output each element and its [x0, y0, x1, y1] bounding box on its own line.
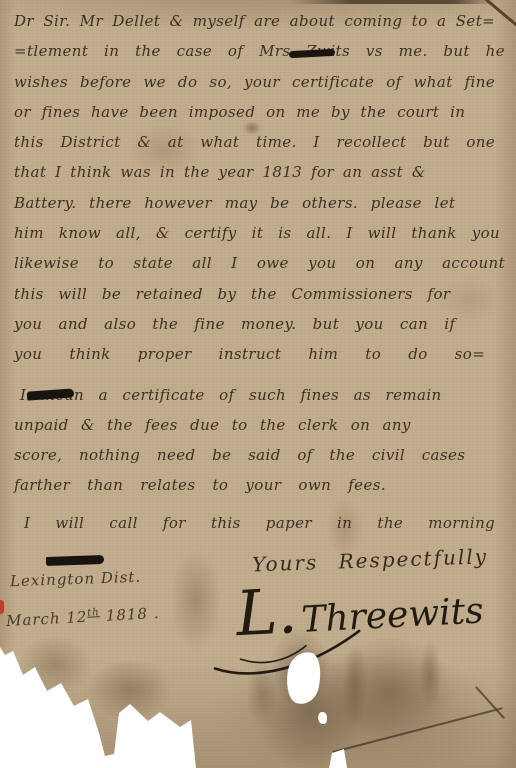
paper-sheet: Dr Sir. Mr Dellet & myself are about com…	[0, 0, 516, 768]
paper-hole	[284, 650, 324, 706]
scanned-letter-page: Dr Sir. Mr Dellet & myself are about com…	[0, 0, 516, 768]
letter-line: unpaid & the fees due to the clerk on an…	[14, 410, 411, 440]
letter-line: this will be retained by the Commissione…	[14, 279, 450, 309]
letter-line: I mean a certificate of such fines as re…	[14, 380, 442, 410]
red-edge-mark	[0, 600, 4, 614]
paper-hole	[318, 712, 327, 724]
letter-line: Dr Sir. Mr Dellet & myself are about com…	[14, 6, 495, 36]
letter-line: or fines have been imposed on me by the …	[14, 97, 465, 127]
letter-line: this District & at what time. I recollec…	[14, 127, 495, 157]
top-edge-shadow	[290, 0, 495, 4]
letter-line: you and also the fine money. but you can…	[14, 309, 455, 339]
signature-name: Threewits	[300, 590, 484, 640]
ink-dash-blot	[46, 555, 104, 566]
letter-line: farther than relates to your own fees.	[14, 470, 386, 500]
date-day: March 12	[6, 608, 88, 630]
letter-line: that I think was in the year 1813 for an…	[14, 157, 426, 187]
date-year: 1818 .	[105, 604, 160, 625]
letter-line: likewise to state all I owe you on any a…	[14, 248, 505, 278]
letter-line: Battery. there however may be others. pl…	[14, 188, 455, 218]
fold-crease-line	[333, 707, 503, 753]
letter-line: you think proper instruct him to do so=	[14, 339, 485, 369]
letter-line: score, nothing need be said of the civil…	[14, 440, 465, 470]
dateline-place: Lexington Dist.	[10, 568, 142, 591]
red-edge-mark	[0, 672, 5, 686]
letter-line: I will call for this paper in the mornin…	[14, 508, 495, 538]
letter-body: Dr Sir. Mr Dellet & myself are about com…	[14, 6, 510, 538]
signature-initial: L.	[234, 574, 299, 650]
letter-line: =tlement in the case of Mrs Zwits vs me.…	[14, 36, 505, 66]
letter-line: wishes before we do so, your certificate…	[14, 67, 495, 97]
signature: L.Threewits	[234, 565, 516, 650]
dateline-date: March 12th1818 .	[6, 604, 160, 630]
letter-line: him know all, & certify it is all. I wil…	[14, 218, 500, 248]
date-ordinal: th	[87, 607, 100, 619]
